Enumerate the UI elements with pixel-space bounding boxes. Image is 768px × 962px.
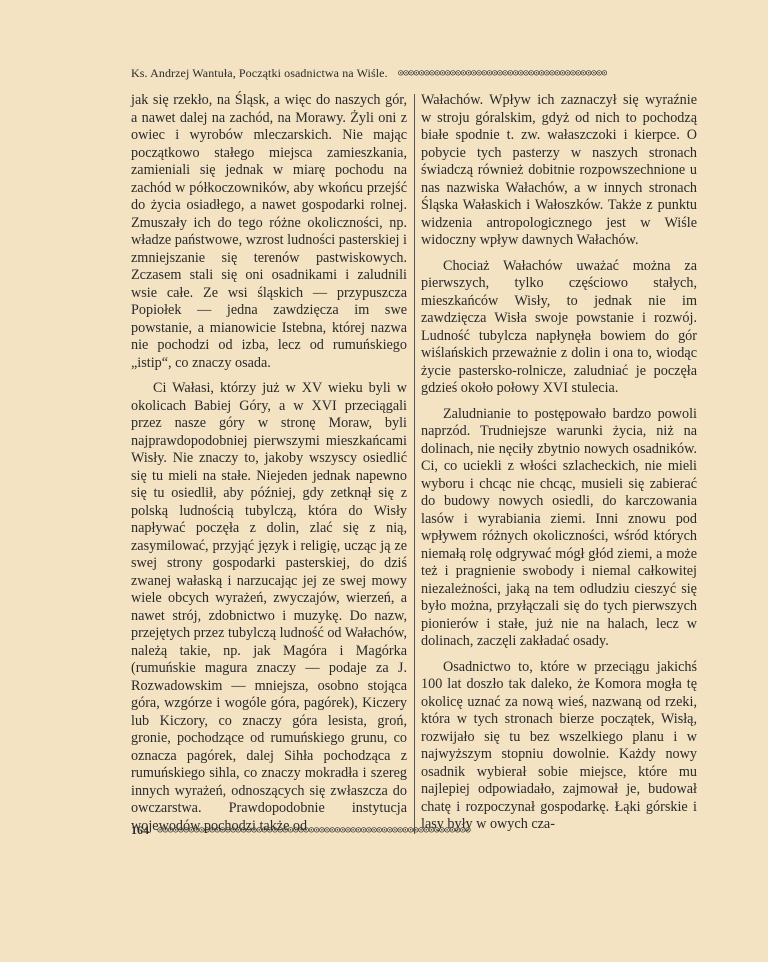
paragraph: Chociaż Wałachów uważać można za pierwsz… bbox=[421, 258, 697, 398]
page-number: 164 bbox=[131, 823, 149, 838]
two-column-body: jak się rzekło, na Śląsk, a więc do nasz… bbox=[131, 92, 693, 842]
paragraph: Ci Wałasi, którzy już w XV wieku byli w … bbox=[131, 380, 407, 835]
paragraph: Osadnictwo to, które w przeciągu jakichś… bbox=[421, 659, 697, 834]
left-column: jak się rzekło, na Śląsk, a więc do nasz… bbox=[131, 92, 407, 835]
paragraph: jak się rzekło, na Śląsk, a więc do nasz… bbox=[131, 92, 407, 372]
running-header: Ks. Andrzej Wantuła, Początki osadnictwa… bbox=[131, 66, 691, 81]
footer-ornament-border: ⊙⊙⊙⊙⊙⊙⊙⊙⊙⊙⊙⊙⊙⊙⊙⊙⊙⊙⊙⊙⊙⊙⊙⊙⊙⊙⊙⊙⊙⊙⊙⊙⊙⊙⊙⊙⊙⊙⊙⊙… bbox=[157, 825, 693, 836]
header-ornament-border: ⊙⊙⊙⊙⊙⊙⊙⊙⊙⊙⊙⊙⊙⊙⊙⊙⊙⊙⊙⊙⊙⊙⊙⊙⊙⊙⊙⊙⊙⊙⊙⊙⊙⊙⊙⊙⊙⊙⊙⊙ bbox=[398, 68, 691, 79]
running-title: Ks. Andrzej Wantuła, Początki osadnictwa… bbox=[131, 66, 388, 81]
paragraph: Wałachów. Wpływ ich zaznaczył się wyraźn… bbox=[421, 92, 697, 250]
column-divider bbox=[414, 94, 415, 834]
paragraph: Zaludnianie to postępowało bardzo powoli… bbox=[421, 406, 697, 651]
right-column: Wałachów. Wpływ ich zaznaczył się wyraźn… bbox=[421, 92, 697, 834]
page-footer: 164 ⊙⊙⊙⊙⊙⊙⊙⊙⊙⊙⊙⊙⊙⊙⊙⊙⊙⊙⊙⊙⊙⊙⊙⊙⊙⊙⊙⊙⊙⊙⊙⊙⊙⊙⊙⊙… bbox=[131, 823, 693, 838]
